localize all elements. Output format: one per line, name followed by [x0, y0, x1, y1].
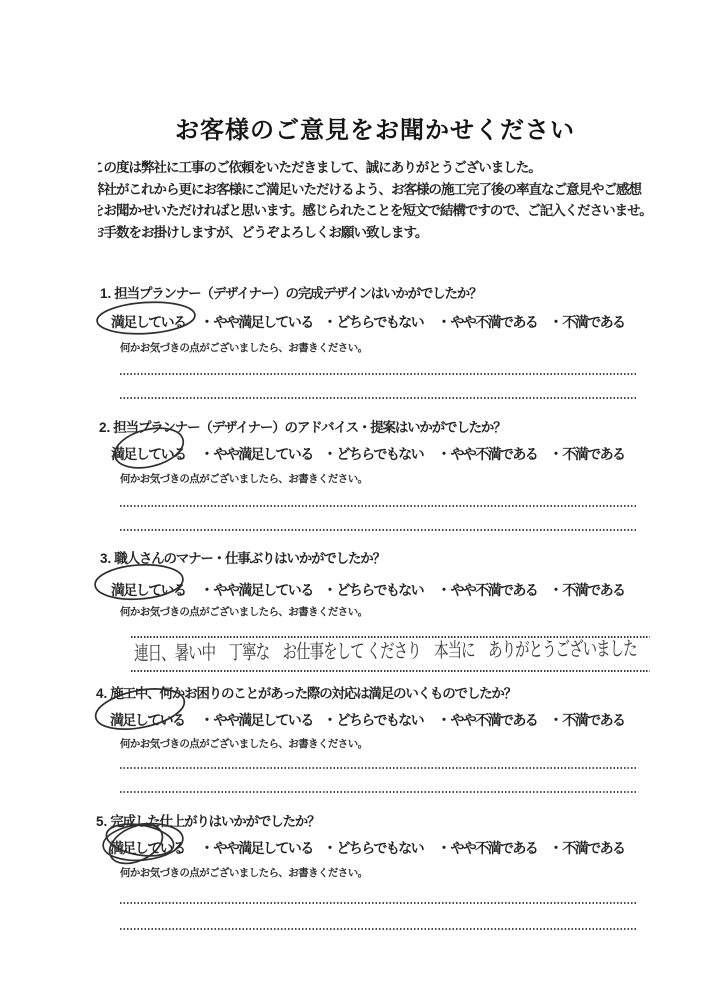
comment-line — [120, 505, 638, 507]
option-somewhat-dissatisfied: ・やや不満である — [437, 710, 537, 730]
option-label: どちらでもない — [336, 582, 423, 598]
option-label: やや不満である — [450, 314, 537, 330]
bullet: ・ — [437, 446, 449, 462]
bullet: ・ — [437, 840, 449, 856]
option-label: 不満である — [562, 712, 624, 728]
handwritten-circle — [92, 686, 190, 734]
comment-line — [120, 928, 638, 930]
helper-note: 何かお気づきの点がございましたら、お書きください。 — [120, 865, 368, 880]
option-dissatisfied: ・不満である — [549, 580, 624, 600]
option-neutral: ・どちらでもない — [323, 838, 423, 858]
intro-line: この度は弊社に工事のご依頼をいただきまして、誠にありがとうございました。 — [98, 157, 650, 179]
bullet: ・ — [200, 582, 212, 598]
option-label: やや満足している — [213, 840, 312, 856]
handwritten-circle — [94, 299, 200, 339]
bullet: ・ — [323, 314, 335, 330]
handwritten-scribble-circle — [98, 817, 190, 867]
option-label: やや満足している — [213, 314, 312, 330]
bullet: ・ — [549, 582, 561, 598]
comment-line — [120, 529, 638, 531]
helper-note: 何かお気づきの点がございましたら、お書きください。 — [120, 604, 368, 619]
question-number: 2. — [99, 420, 110, 435]
option-label: どちらでもない — [336, 712, 423, 728]
bullet: ・ — [200, 840, 212, 856]
bullet: ・ — [549, 712, 561, 728]
option-label: やや満足している — [213, 446, 312, 462]
option-somewhat-satisfied: ・やや満足している — [200, 580, 313, 600]
intro-line: をお聞かせいただければと思います。感じられたことを短文で結構ですので、ご記入くだ… — [98, 200, 650, 222]
option-somewhat-satisfied: ・やや満足している — [200, 444, 313, 464]
option-somewhat-dissatisfied: ・やや不満である — [437, 312, 537, 332]
option-somewhat-satisfied: ・やや満足している — [200, 710, 313, 730]
option-dissatisfied: ・不満である — [549, 312, 624, 332]
bullet: ・ — [200, 314, 212, 330]
option-label: どちらでもない — [336, 840, 423, 856]
option-dissatisfied: ・不満である — [549, 838, 624, 858]
option-label: やや満足している — [213, 582, 312, 598]
comment-line — [120, 791, 638, 793]
helper-note: 何かお気づきの点がございましたら、お書きください。 — [120, 340, 368, 355]
handwritten-comment: 連日、暑い中 丁寧な お仕事をして くださり 本当に ありがとうございました — [134, 633, 637, 667]
scanned-survey-page: お客様のご意見をお聞かせください この度は弊社に工事のご依頼をいただきまして、誠… — [0, 0, 704, 1000]
option-neutral: ・どちらでもない — [323, 580, 423, 600]
bullet: ・ — [200, 446, 212, 462]
option-label: 不満である — [562, 446, 624, 462]
bullet: ・ — [323, 712, 335, 728]
bullet: ・ — [437, 314, 449, 330]
option-somewhat-dissatisfied: ・やや不満である — [437, 580, 537, 600]
bullet: ・ — [200, 712, 212, 728]
option-label: やや不満である — [450, 840, 537, 856]
bullet: ・ — [323, 582, 335, 598]
option-label: どちらでもない — [336, 446, 423, 462]
bullet: ・ — [323, 446, 335, 462]
comment-line — [120, 767, 638, 769]
option-label: 不満である — [562, 840, 624, 856]
intro-line: お手数をお掛けしますが、どうぞよろしくお願い致します。 — [98, 222, 650, 244]
option-dissatisfied: ・不満である — [549, 710, 624, 730]
bullet: ・ — [323, 840, 335, 856]
comment-line — [120, 397, 638, 399]
option-somewhat-dissatisfied: ・やや不満である — [437, 444, 537, 464]
option-label: どちらでもない — [336, 314, 423, 330]
bullet: ・ — [549, 446, 561, 462]
option-somewhat-dissatisfied: ・やや不満である — [437, 838, 537, 858]
form-title: お客様のご意見をお聞かせください — [0, 110, 704, 145]
option-neutral: ・どちらでもない — [323, 710, 423, 730]
bullet: ・ — [437, 582, 449, 598]
comment-line — [120, 902, 638, 904]
option-neutral: ・どちらでもない — [323, 444, 423, 464]
intro-paragraph: この度は弊社に工事のご依頼をいただきまして、誠にありがとうございました。 弊社が… — [98, 157, 650, 243]
option-dissatisfied: ・不満である — [549, 444, 624, 464]
option-label: やや満足している — [213, 712, 312, 728]
option-neutral: ・どちらでもない — [323, 312, 423, 332]
option-label: 不満である — [562, 582, 624, 598]
option-label: 不満である — [562, 314, 624, 330]
handwritten-circle — [111, 426, 189, 472]
handwritten-circle — [93, 561, 187, 605]
helper-note: 何かお気づきの点がございましたら、お書きください。 — [120, 471, 368, 486]
option-label: やや不満である — [450, 582, 537, 598]
option-somewhat-satisfied: ・やや満足している — [200, 838, 313, 858]
intro-line: 弊社がこれから更にお客様にご満足いただけるよう、お客様の施工完了後の率直なご意見… — [98, 179, 650, 201]
helper-note: 何かお気づきの点がございましたら、お書きください。 — [120, 736, 368, 751]
option-label: やや不満である — [450, 712, 537, 728]
comment-line — [120, 373, 638, 375]
option-label: やや不満である — [450, 446, 537, 462]
bullet: ・ — [549, 314, 561, 330]
bullet: ・ — [437, 712, 449, 728]
option-somewhat-satisfied: ・やや満足している — [200, 312, 313, 332]
bullet: ・ — [549, 840, 561, 856]
comment-line — [131, 670, 650, 672]
